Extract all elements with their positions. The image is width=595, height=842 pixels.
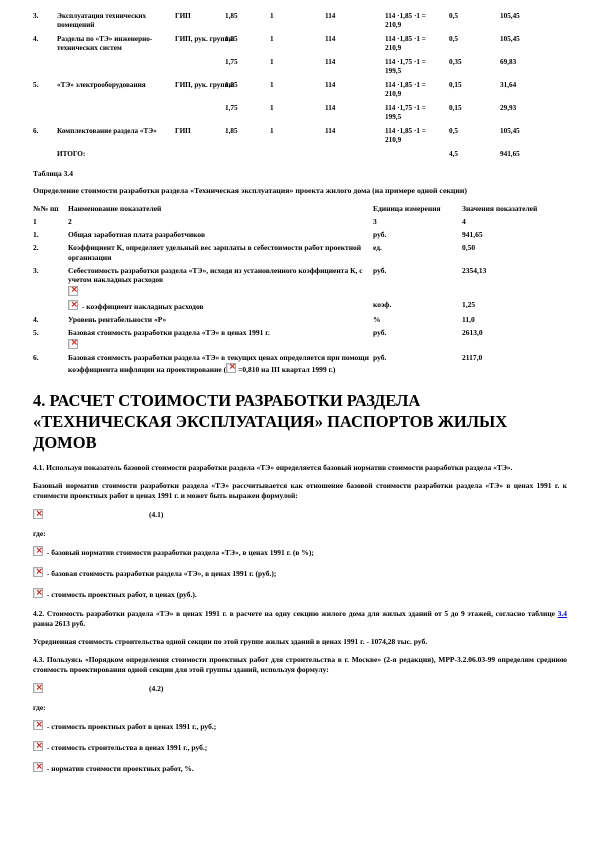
table-row: 3. Себестоимость разработки раздела «ТЭ»… <box>33 266 567 285</box>
indicator-name: Общая заработная плата разработчиков <box>68 230 373 240</box>
hours: 114 <box>325 12 385 21</box>
broken-image-icon <box>33 588 43 598</box>
salary-value: 105,45 <box>500 35 567 44</box>
staff-category: ГИП, рук. группы <box>175 81 225 90</box>
work-name: «ТЭ» электрооборудования <box>57 81 175 90</box>
formula-placeholder <box>68 339 567 351</box>
salary-calc-table: 3. Эксплуатация технических помещений ГИ… <box>33 12 567 159</box>
indicator-name: Уровень рентабельности «Р» <box>68 315 373 325</box>
share: 0,5 <box>449 127 500 136</box>
unit: руб. <box>373 328 462 338</box>
row-number: 6. <box>33 127 57 136</box>
unit: руб. <box>373 230 462 240</box>
table-row: 2. Коэффициент К, определяет удельный ве… <box>33 243 567 262</box>
qty: 1 <box>270 12 325 21</box>
broken-image-icon <box>68 300 78 310</box>
row-number: 1. <box>33 230 68 240</box>
indicator-name: Себестоимость разработки раздела «ТЭ», и… <box>68 266 373 285</box>
indicator-name: Базовая стоимость разработки раздела «ТЭ… <box>68 328 373 338</box>
formula-4-2: (4.2) <box>33 683 567 693</box>
row-number: 3. <box>33 12 57 21</box>
unit: ед. <box>373 243 462 253</box>
definition-line: - стоимость проектных работ, в ценах (ру… <box>33 588 567 600</box>
work-name: Разделы по «ТЭ» инженерно-технических си… <box>57 35 175 53</box>
table-row: 4. Разделы по «ТЭ» инженерно-технических… <box>33 35 567 53</box>
table-3-4-link[interactable]: 3.4 <box>558 609 567 618</box>
staff-category: ГИП <box>175 127 225 136</box>
indicator-name: - коэффициент накладных расходов <box>68 300 373 312</box>
calc-formula: 114 ·1,85 ·1 =210,9 <box>385 12 449 30</box>
value: 2117,0 <box>462 353 567 363</box>
calc-formula: 114 ·1,85 ·1 =210,9 <box>385 127 449 145</box>
broken-image-icon <box>33 509 43 519</box>
tariff-coef: 1,85 <box>225 81 270 90</box>
table-3-4-caption: Определение стоимости разработки раздела… <box>33 186 567 196</box>
hours: 114 <box>325 127 385 136</box>
total-label: ИТОГО: <box>57 150 175 159</box>
definition-line: - стоимость строительства в ценах 1991 г… <box>33 741 567 753</box>
table-row: - коэффициент накладных расходов коэф. 1… <box>33 300 567 312</box>
value: 11,0 <box>462 315 567 325</box>
definition-line: - базовая стоимость разработки раздела «… <box>33 567 567 579</box>
qty: 1 <box>270 58 325 67</box>
tariff-coef: 1,85 <box>225 127 270 136</box>
unit: руб. <box>373 266 462 276</box>
salary-value: 69,83 <box>500 58 567 67</box>
table-subrow: 1,75 1 114 114 ·1,75 ·1 =199,5 0,15 29,9… <box>33 104 567 122</box>
table-row: 6. Комплектование раздела «ТЭ» ГИП 1,85 … <box>33 127 567 145</box>
share: 0,15 <box>449 81 500 90</box>
tariff-coef: 1,75 <box>225 104 270 113</box>
broken-image-icon <box>33 762 43 772</box>
broken-image-icon <box>33 567 43 577</box>
where-label: где: <box>33 529 567 538</box>
table-row: 5. Базовая стоимость разработки раздела … <box>33 328 567 338</box>
table-row: 3. Эксплуатация технических помещений ГИ… <box>33 12 567 30</box>
share: 0,15 <box>449 104 500 113</box>
section-heading: 4. РАСЧЕТ СТОИМОСТИ РАЗРАБОТКИ РАЗДЕЛА «… <box>33 390 543 453</box>
qty: 1 <box>270 81 325 90</box>
salary-value: 31,64 <box>500 81 567 90</box>
qty: 1 <box>270 104 325 113</box>
col-header-value: Значения показателей <box>462 204 567 214</box>
col-header-name: Наименование показателей <box>68 204 373 214</box>
formula-number: (4.2) <box>149 684 163 693</box>
table-subrow: 1,75 1 114 114 ·1,75 ·1 =199,5 0,35 69,8… <box>33 58 567 76</box>
share: 0,35 <box>449 58 500 67</box>
row-number: 5. <box>33 328 68 338</box>
calc-formula: 114 ·1,85 ·1 =210,9 <box>385 81 449 99</box>
row-number: 3. <box>33 266 68 276</box>
staff-category: ГИП, рук. группы <box>175 35 225 44</box>
broken-image-icon <box>226 363 236 373</box>
table-3-4: №№ пп Наименование показателей Единица и… <box>33 204 567 374</box>
hours: 114 <box>325 104 385 113</box>
indicator-name: Коэффициент К, определяет удельный вес з… <box>68 243 373 262</box>
table-total-row: ИТОГО: 4,5 941,65 <box>33 150 567 159</box>
document-page: 3. Эксплуатация технических помещений ГИ… <box>0 0 595 842</box>
hours: 114 <box>325 35 385 44</box>
table-row: 6. Базовая стоимость разработки раздела … <box>33 353 567 374</box>
unit: руб. <box>373 353 462 363</box>
index-row: 1 2 3 4 <box>33 217 567 227</box>
broken-image-icon <box>68 339 78 349</box>
work-name: Эксплуатация технических помещений <box>57 12 175 30</box>
staff-category: ГИП <box>175 12 225 21</box>
paragraph-4-2b: Усредненная стоимость строительства одно… <box>33 637 567 647</box>
definition-line: - норматив стоимости проектных работ, %. <box>33 762 567 774</box>
broken-image-icon <box>33 720 43 730</box>
row-number: 5. <box>33 81 57 90</box>
unit: коэф. <box>373 300 462 310</box>
calc-formula: 114 ·1,85 ·1 =210,9 <box>385 35 449 53</box>
broken-image-icon <box>33 546 43 556</box>
unit: % <box>373 315 462 325</box>
total-salary: 941,65 <box>500 150 567 159</box>
calc-formula: 114 ·1,75 ·1 =199,5 <box>385 104 449 122</box>
tariff-coef: 1,75 <box>225 58 270 67</box>
table-row: 5. «ТЭ» электрооборудования ГИП, рук. гр… <box>33 81 567 99</box>
tariff-coef: 1,85 <box>225 35 270 44</box>
formula-placeholder <box>68 286 567 298</box>
table-3-4-label: Таблица 3.4 <box>33 169 567 178</box>
where-label: где: <box>33 703 567 712</box>
value: 0,50 <box>462 243 567 253</box>
broken-image-icon <box>68 286 78 296</box>
row-number: 2. <box>33 243 68 253</box>
share: 0,5 <box>449 35 500 44</box>
total-share: 4,5 <box>449 150 500 159</box>
table-row: 4. Уровень рентабельности «Р» % 11,0 <box>33 315 567 325</box>
indicator-name: Базовая стоимость разработки раздела «ТЭ… <box>68 353 373 374</box>
salary-value: 29,93 <box>500 104 567 113</box>
row-number: 4. <box>33 35 57 44</box>
value: 941,65 <box>462 230 567 240</box>
formula-number: (4.1) <box>149 510 163 519</box>
table-row: 1. Общая заработная плата разработчиков … <box>33 230 567 240</box>
row-number: 4. <box>33 315 68 325</box>
value: 2613,0 <box>462 328 567 338</box>
hours: 114 <box>325 58 385 67</box>
paragraph-4-1: 4.1. Используя показатель базовой стоимо… <box>33 463 567 473</box>
calc-formula: 114 ·1,75 ·1 =199,5 <box>385 58 449 76</box>
paragraph-4-1b: Базовый норматив стоимости разработки ра… <box>33 481 567 501</box>
value: 1,25 <box>462 300 567 310</box>
row-number: 6. <box>33 353 68 363</box>
paragraph-4-2: 4.2. Стоимость разработки раздела «ТЭ» в… <box>33 609 567 629</box>
qty: 1 <box>270 35 325 44</box>
hours: 114 <box>325 81 385 90</box>
col-header-unit: Единица измерения <box>373 204 462 214</box>
qty: 1 <box>270 127 325 136</box>
definition-line: - базовый норматив стоимости разработки … <box>33 546 567 558</box>
value: 2354,13 <box>462 266 567 276</box>
formula-4-1: (4.1) <box>33 509 567 519</box>
salary-value: 105,45 <box>500 12 567 21</box>
salary-value: 105,45 <box>500 127 567 136</box>
broken-image-icon <box>33 741 43 751</box>
share: 0,5 <box>449 12 500 21</box>
broken-image-icon <box>33 683 43 693</box>
work-name: Комплектование раздела «ТЭ» <box>57 127 175 136</box>
paragraph-4-3: 4.3. Пользуясь «Порядком определения сто… <box>33 655 567 675</box>
header-row: №№ пп Наименование показателей Единица и… <box>33 204 567 214</box>
col-header-num: №№ пп <box>33 204 68 214</box>
definition-line: - стоимость проектных работ в ценах 1991… <box>33 720 567 732</box>
tariff-coef: 1,85 <box>225 12 270 21</box>
